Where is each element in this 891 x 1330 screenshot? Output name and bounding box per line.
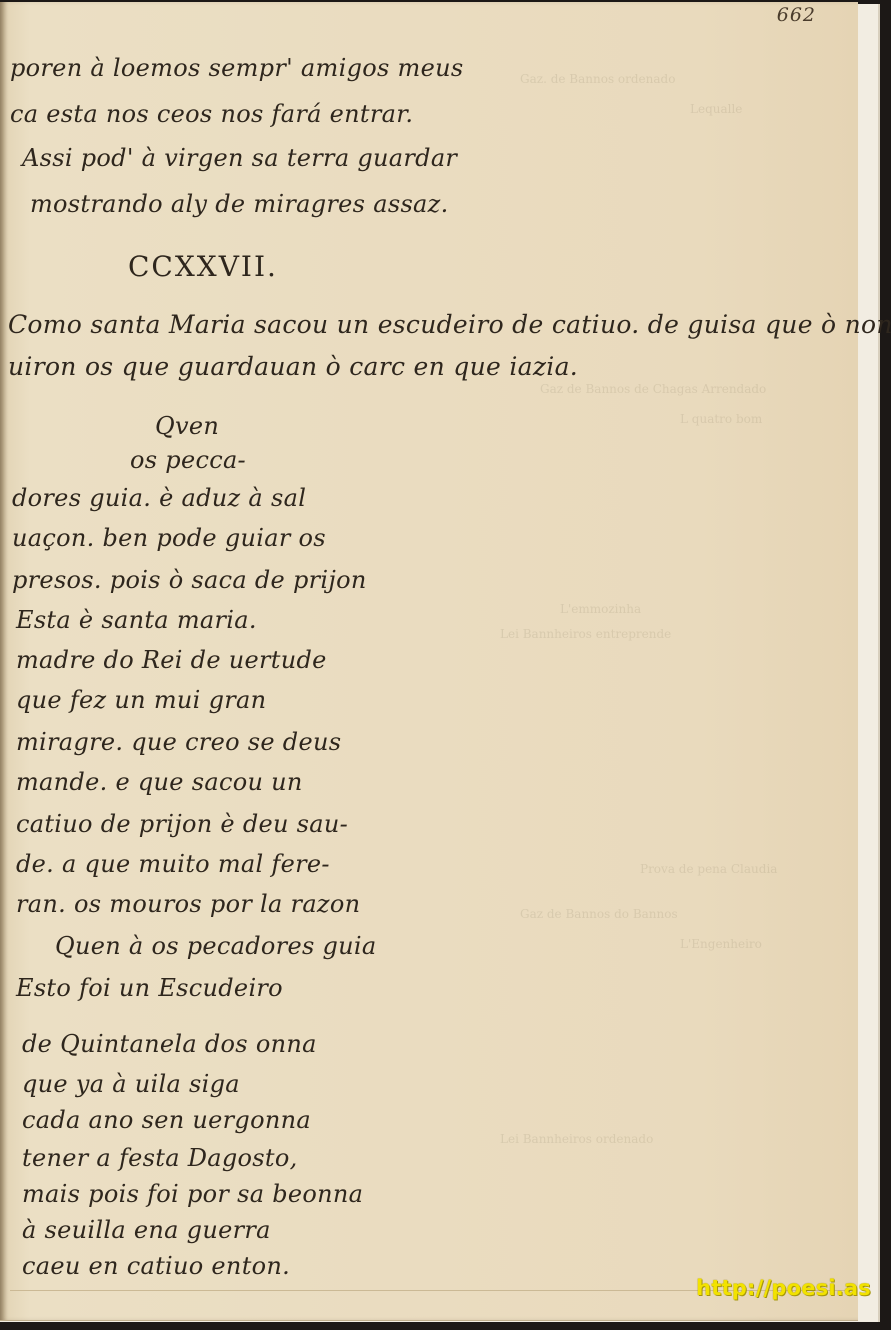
verse-line: uaçon. ben pode guiar os <box>12 524 326 552</box>
bleed-through-text: Gaz de Bannos do Bannos <box>520 907 678 921</box>
verse-line: Esta è santa maria. <box>16 606 257 634</box>
bleed-through-text: Lequalle <box>690 102 742 116</box>
verse-line: catiuo de prijon è deu sau- <box>16 810 348 838</box>
verse-line: cada ano sen uergonna <box>22 1106 311 1134</box>
rubric-line: Como santa Maria sacou un escudeiro de c… <box>8 310 891 339</box>
verse-line: que fez un mui gran <box>16 686 266 714</box>
rubric-line: uiron os que guardauan ò carc en que iaz… <box>8 352 578 381</box>
cantiga-number: CCXXVII. <box>128 250 278 283</box>
refrain-line: Assi pod' à virgen sa terra guardar <box>22 144 457 172</box>
verse-line: dores guia. è aduz à sal <box>12 484 306 512</box>
bleed-through-text: Lei Bannheiros entreprende <box>500 627 671 641</box>
verse-line: Qven <box>155 412 219 440</box>
bleed-through-text: L'Engenheiro <box>680 937 762 951</box>
verse-line: ran. os mouros por la razon <box>16 890 360 918</box>
verse-line: de Quintanela dos onna <box>22 1030 317 1058</box>
verse-line: de. a que muito mal fere- <box>16 850 330 878</box>
verse-line: mande. e que sacou un <box>16 768 303 796</box>
refrain-line: ca esta nos ceos nos fará entrar. <box>10 100 413 128</box>
refrain-line: Quen à os pecadores guia <box>55 932 377 960</box>
page-number: 662 <box>777 4 816 26</box>
manuscript-page: Gaz. de Bannos ordenado Lequalle Gaz de … <box>0 2 858 1321</box>
verse-line: caeu en catiuo enton. <box>22 1252 290 1280</box>
refrain-line: mostrando aly de miragres assaz. <box>30 190 449 218</box>
verse-line: presos. pois ò saca de prijon <box>12 566 367 594</box>
bleed-through-text: L quatro bom <box>680 412 762 426</box>
verse-line: mais pois foi por sa beonna <box>22 1180 363 1208</box>
refrain-line: poren à loemos sempr' amigos meus <box>10 54 463 82</box>
verse-line: Esto foi un Escudeiro <box>16 974 283 1002</box>
bleed-through-text: Gaz. de Bannos ordenado <box>520 72 675 86</box>
verse-line: miragre. que creo se deus <box>16 728 341 756</box>
verse-line: à seuilla ena guerra <box>22 1216 271 1244</box>
bleed-through-text: Gaz de Bannos de Chagas Arrendado <box>540 382 766 396</box>
bleed-through-text: L'emmozinha <box>560 602 641 616</box>
verse-line: tener a festa Dagosto, <box>22 1144 298 1172</box>
bleed-through-text: Prova de pena Claudia <box>640 862 777 876</box>
verse-line: os pecca- <box>130 446 246 474</box>
watermark-url: http://poesi.as <box>696 1276 871 1300</box>
verse-line: que ya à uila siga <box>22 1070 240 1098</box>
bleed-through-text: Lei Bannheiros ordenado <box>500 1132 653 1146</box>
verse-line: madre do Rei de uertude <box>16 646 327 674</box>
